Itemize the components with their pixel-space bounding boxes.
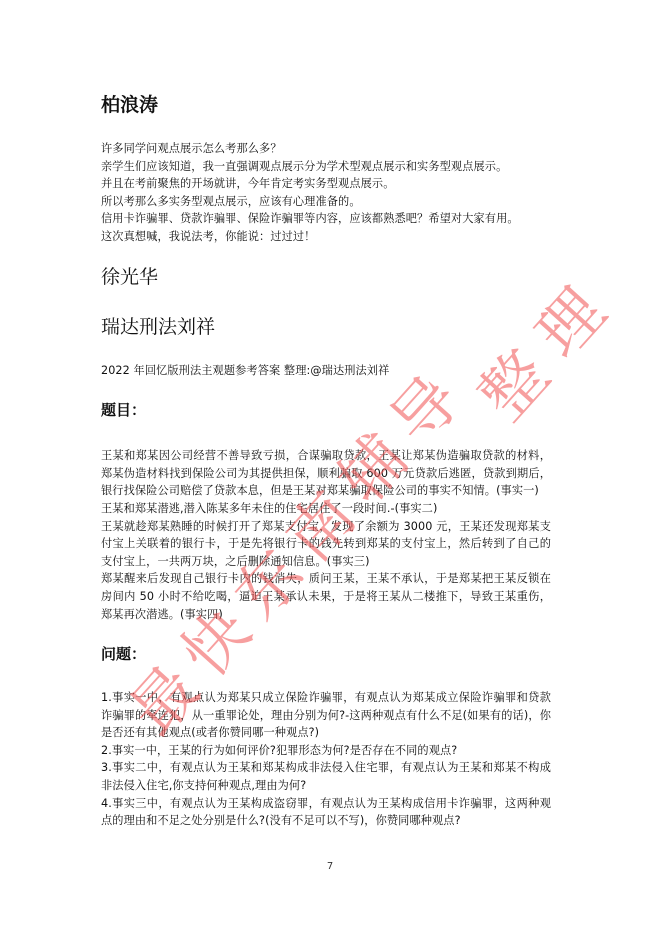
text-line: 并且在考前聚焦的开场就讲，今年肯定考实务型观点展示。 bbox=[101, 175, 551, 193]
fact-paragraph: 王某和郑某因公司经营不善导致亏损，合谋骗取贷款，王某让郑某伪造骗取贷款的材料，郑… bbox=[101, 447, 551, 500]
question-item: 3.事实二中，有观点认为王某和郑某构成非法侵入住宅罪，有观点认为王某和郑某不构成… bbox=[101, 759, 551, 794]
document-subtitle: 2022 年回忆版刑法主观题参考答案 整理:@瑞达刑法刘祥 bbox=[101, 362, 551, 380]
text-line: 所以考那么多实务型观点展示，应该有心理准备的。 bbox=[101, 193, 551, 211]
question-item: 4.事实三中，有观点认为王某构成盗窃罪，有观点认为王某构成信用卡诈骗罪，这两种观… bbox=[101, 795, 551, 830]
questions-block: 1.事实一中，有观点认为郑某只成立保险诈骗罪，有观点认为郑某成立保险诈骗罪和贷款… bbox=[101, 689, 551, 830]
fact-paragraph: 郑某醒来后发现自己银行卡内的钱消失，质问王某，王某不承认，于是郑某把王某反锁在房… bbox=[101, 570, 551, 623]
page-number: 7 bbox=[0, 861, 660, 872]
page-content: 柏浪涛 许多同学问观点展示怎么考那么多？ 亲学生们应该知道，我一直强调观点展示分… bbox=[101, 92, 551, 830]
author-heading-bai: 柏浪涛 bbox=[101, 92, 551, 118]
question-heading: 问题： bbox=[101, 643, 551, 665]
author-heading-xu: 徐光华 bbox=[101, 264, 551, 290]
question-item: 1.事实一中，有观点认为郑某只成立保险诈骗罪，有观点认为郑某成立保险诈骗罪和贷款… bbox=[101, 689, 551, 742]
author-heading-liu: 瑞达刑法刘祥 bbox=[101, 314, 551, 340]
fact-paragraph: 王某就趁郑某熟睡的时候打开了郑某支付宝，发现了余额为 3000 元，王某还发现郑… bbox=[101, 518, 551, 571]
bai-paragraphs: 许多同学问观点展示怎么考那么多？ 亲学生们应该知道，我一直强调观点展示分为学术型… bbox=[101, 140, 551, 246]
fact-paragraph: 王某和郑某潜逃,潜入陈某多年未住的住宅居住了一段时间.-(事实二) bbox=[101, 500, 551, 518]
question-item: 2.事实一中，王某的行为如何评价?犯罪形态为何?是否存在不同的观点? bbox=[101, 742, 551, 760]
text-line: 许多同学问观点展示怎么考那么多？ bbox=[101, 140, 551, 158]
text-line: 信用卡诈骗罪、贷款诈骗罪、保险诈骗罪等内容，应该都熟悉吧？希望对大家有用。 bbox=[101, 210, 551, 228]
topic-heading: 题目： bbox=[101, 399, 551, 421]
text-line: 这次真想喊，我说法考，你能说：过过过！ bbox=[101, 228, 551, 246]
text-line: 亲学生们应该知道，我一直强调观点展示分为学术型观点展示和实务型观点展示。 bbox=[101, 158, 551, 176]
facts-block: 王某和郑某因公司经营不善导致亏损，合谋骗取贷款，王某让郑某伪造骗取贷款的材料，郑… bbox=[101, 447, 551, 623]
document-page: 柏浪涛 许多同学问观点展示怎么考那么多？ 亲学生们应该知道，我一直强调观点展示分… bbox=[0, 0, 660, 933]
